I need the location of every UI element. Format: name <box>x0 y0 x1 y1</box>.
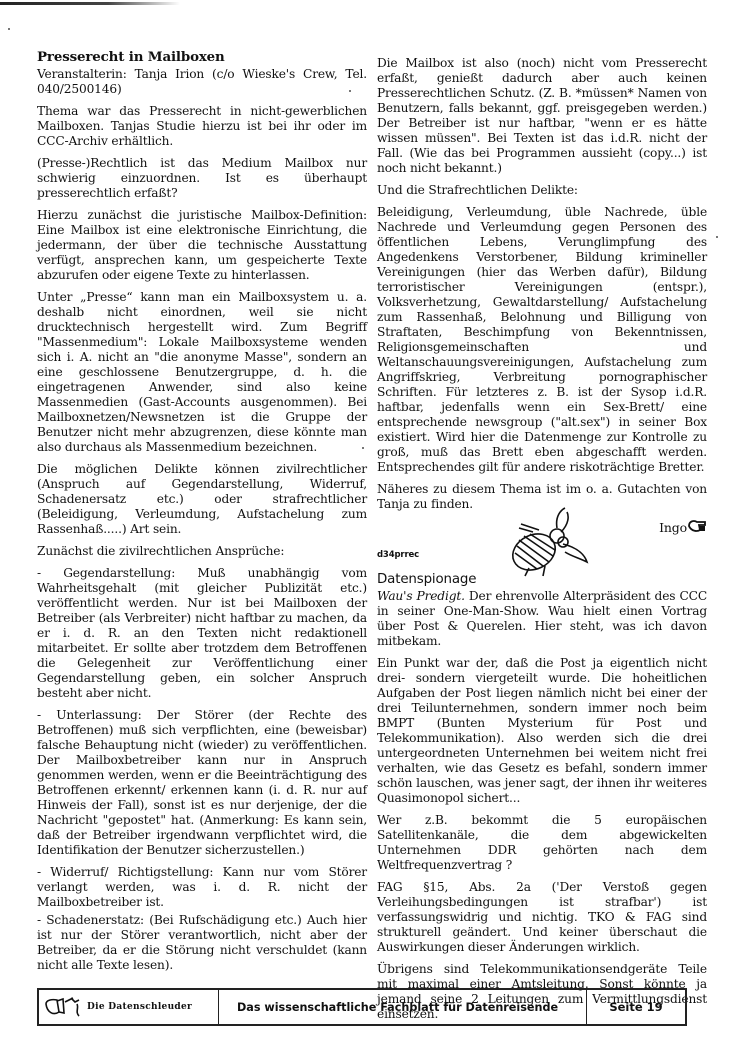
paragraph: - Schadenerstatz: (Bei Rufschädigung etc… <box>37 913 367 973</box>
author-signature: Ingo <box>659 520 687 535</box>
paragraph: Thema war das Presserecht in nicht-gewer… <box>37 104 367 149</box>
scan-speck <box>716 236 718 238</box>
paragraph: FAG §15, Abs. 2a ('Der Verstoß gegen Ver… <box>377 880 707 955</box>
paragraph: Und die Strafrechtlichen Delikte: <box>377 183 707 198</box>
paragraph: - Gegendarstellung: Muß unabhängig vom W… <box>37 566 367 701</box>
paragraph: Hierzu zunächst die juristische Mailbox-… <box>37 208 367 283</box>
page-number: Seite 19 <box>587 990 685 1024</box>
pointing-hand-icon <box>687 518 707 534</box>
left-column: Presserecht in Mailboxen Veranstalterin:… <box>37 50 367 980</box>
footer-tagline: Das wissenschaftliche Fachblatt für Date… <box>219 990 587 1024</box>
paragraph: Unter „Presse“ kann man ein Mailboxsyste… <box>37 290 367 455</box>
scan-speck <box>8 28 10 30</box>
datenschleuder-logo-icon <box>43 996 85 1018</box>
paragraph: - Unterlassung: Der Störer (der Rechte d… <box>37 708 367 858</box>
logo-name: Die Datenschleuder <box>87 1002 192 1012</box>
paragraph: Wer z.B. bekommt die 5 europäischen Sate… <box>377 813 707 873</box>
footer-logo: Die Datenschleuder <box>39 990 219 1024</box>
paragraph: - Widerruf/ Richtigstellung: Kann nur vo… <box>37 865 367 910</box>
scan-speck <box>362 447 364 449</box>
bug-illustration-icon <box>499 506 599 578</box>
paragraph: (Presse-)Rechtlich ist das Medium Mailbo… <box>37 156 367 201</box>
paragraph: Zunächst die zivilrechtlichen Ansprüche: <box>37 544 367 559</box>
article-title: Presserecht in Mailboxen <box>37 50 367 65</box>
signature-row: Ingo d34prrec <box>377 508 707 578</box>
paragraph: Ein Punkt war der, daß die Post ja eigen… <box>377 656 707 806</box>
paragraph: Beleidigung, Verleumdung, üble Nachrede,… <box>377 205 707 475</box>
paragraph: Veranstalterin: Tanja Irion (c/o Wieske'… <box>37 67 367 97</box>
paragraph: Die möglichen Delikte können zivilrechtl… <box>37 462 367 537</box>
right-column: Die Mailbox ist also (noch) nicht vom Pr… <box>377 56 707 1029</box>
scan-speck <box>349 90 351 92</box>
paragraph: Wau's Predigt. Der ehrenvolle Alterpräsi… <box>377 589 707 649</box>
intro-italic: Wau's Predigt. <box>377 589 465 603</box>
scan-edge-line <box>0 2 180 5</box>
paragraph: Die Mailbox ist also (noch) nicht vom Pr… <box>377 56 707 176</box>
file-code: d34prrec <box>377 548 419 563</box>
page-footer: Die Datenschleuder Das wissenschaftliche… <box>37 988 687 1026</box>
